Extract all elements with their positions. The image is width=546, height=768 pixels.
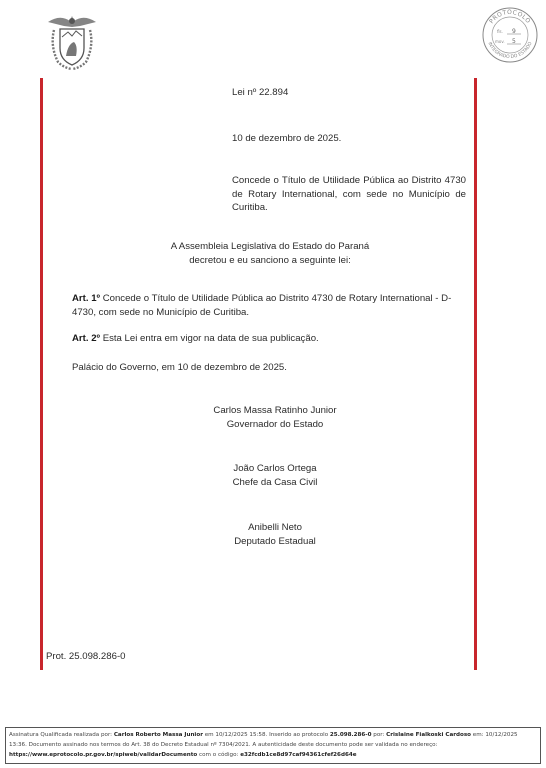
stamp-mov-label: mov. (495, 39, 505, 44)
footer-inserter: Crislaine Fialkoski Cardoso (386, 732, 471, 738)
digital-signature-footer: Assinatura Qualificada realizada por: Ca… (5, 727, 541, 764)
footer-text: Assinatura Qualificada realizada por: (9, 732, 114, 738)
signatory-name: João Carlos Ortega (150, 462, 400, 476)
svg-text:INTEGRADO DO ESTADO: INTEGRADO DO ESTADO (486, 41, 533, 60)
left-margin-rule (40, 78, 43, 670)
law-number: Lei nº 22.894 (232, 86, 288, 100)
law-date: 10 de dezembro de 2025. (232, 132, 341, 146)
signatory-name: Carlos Massa Ratinho Junior (150, 404, 400, 418)
article-2: Art. 2º Esta Lei entra em vigor na data … (72, 332, 472, 346)
validation-url-link[interactable]: https://www.eprotocolo.pr.gov.br/spiweb/… (9, 752, 197, 758)
signatory-title: Deputado Estadual (150, 535, 400, 549)
preamble-line-2: decretou e eu sanciono a seguinte lei: (120, 254, 420, 268)
signatory-title: Chefe da Casa Civil (150, 476, 400, 490)
preamble-line-1: A Assembleia Legislativa do Estado do Pa… (120, 240, 420, 254)
parana-coat-of-arms-icon (42, 12, 102, 72)
footer-protocol: 25.098.286-0 (330, 732, 372, 738)
right-margin-rule (474, 78, 477, 670)
document-page: PROTOCOLO INTEGRADO DO ESTADO fls. 9 mov… (0, 0, 546, 768)
stamp-bottom-text: INTEGRADO DO ESTADO (486, 41, 533, 60)
stamp-fls-label: fls. (497, 29, 503, 34)
article-2-label: Art. 2º (72, 333, 100, 344)
footer-text: em 10/12/2025 15:58. Inserido ao protoco… (203, 732, 330, 738)
signatory-chief-of-staff: João Carlos Ortega Chefe da Casa Civil (150, 462, 400, 489)
article-1: Art. 1º Concede o Título de Utilidade Pú… (72, 292, 472, 319)
footer-text: por: (372, 732, 387, 738)
article-1-label: Art. 1º (72, 293, 100, 304)
signatory-deputy: Anibelli Neto Deputado Estadual (150, 521, 400, 548)
protocol-stamp: PROTOCOLO INTEGRADO DO ESTADO fls. 9 mov… (481, 6, 539, 64)
stamp-fls-value: 9 (512, 28, 516, 35)
protocol-number: Prot. 25.098.286-0 (46, 650, 125, 664)
footer-signer: Carlos Roberto Massa Junior (114, 732, 203, 738)
law-ementa: Concede o Título de Utilidade Pública ao… (232, 174, 466, 215)
article-1-text: Concede o Título de Utilidade Pública ao… (72, 293, 451, 318)
stamp-mov-value: 5 (512, 38, 516, 45)
validation-code: e32fcdb1ce8d97caf94361cfef26d64e (240, 752, 356, 758)
footer-text: com o código: (197, 752, 240, 758)
preamble: A Assembleia Legislativa do Estado do Pa… (120, 240, 420, 267)
signatory-title: Governador do Estado (150, 418, 400, 432)
signatory-name: Anibelli Neto (150, 521, 400, 535)
article-2-text: Esta Lei entra em vigor na data de sua p… (100, 333, 319, 344)
place-date: Palácio do Governo, em 10 de dezembro de… (72, 361, 472, 375)
signatory-governor: Carlos Massa Ratinho Junior Governador d… (150, 404, 400, 431)
